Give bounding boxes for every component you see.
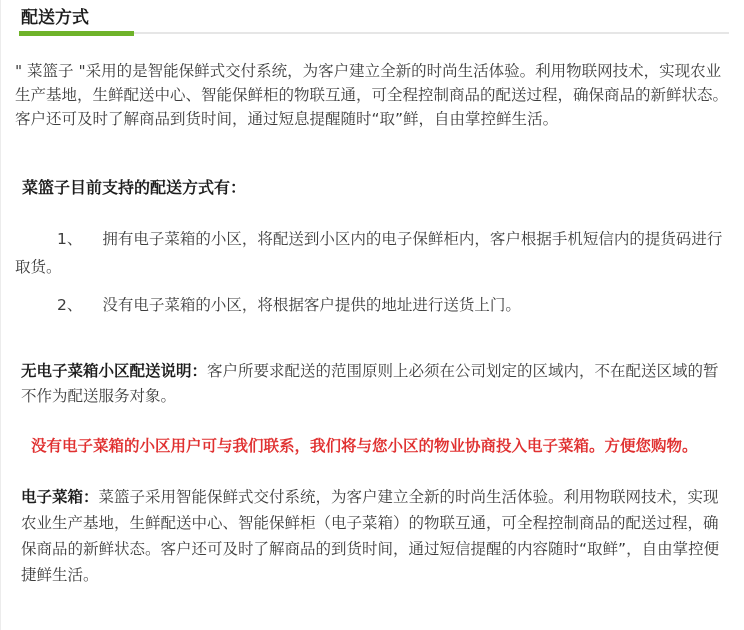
methods-heading: 菜篮子目前支持的配送方式有： [22, 177, 729, 199]
ebox-description-label: 电子菜箱： [21, 488, 99, 506]
method-item-1-text: 拥有电子菜箱的小区，将配送到小区内的电子保鲜柜内，客户根据手机短信内的提货码进行… [15, 230, 722, 276]
page-title: 配送方式 [21, 8, 729, 29]
intro-paragraph: " 菜篮子 "采用的是智能保鲜式交付系统，为客户建立全新的时尚生活体验。利用物联… [15, 59, 729, 131]
title-underline [15, 31, 729, 36]
method-item-1-number: 1、 [57, 230, 82, 248]
ebox-description: 电子菜箱：菜篮子采用智能保鲜式交付系统，为客户建立全新的时尚生活体验。利用物联网… [21, 484, 729, 588]
ebox-description-text: 菜篮子采用智能保鲜式交付系统，为客户建立全新的时尚生活体验。利用物联网技术，实现… [21, 488, 719, 584]
method-item-1: 1、拥有电子菜箱的小区，将配送到小区内的电子保鲜柜内，客户根据手机短信内的提货码… [15, 225, 729, 281]
contact-notice: 没有电子菜箱的小区用户可与我们联系，我们将与您小区的物业协商投入电子菜箱。方便您… [31, 434, 729, 458]
no-ebox-note-label: 无电子菜箱小区配送说明： [21, 362, 207, 380]
method-item-2-text: 没有电子菜箱的小区，将根据客户提供的地址进行送货上门。 [102, 296, 521, 314]
method-item-2-number: 2、 [57, 296, 82, 314]
delivery-info-page: 配送方式 " 菜篮子 "采用的是智能保鲜式交付系统，为客户建立全新的时尚生活体验… [1, 0, 744, 588]
no-ebox-note: 无电子菜箱小区配送说明：客户所要求配送的范围原则上必须在公司划定的区域内，不在配… [21, 359, 729, 409]
method-item-2: 2、没有电子菜箱的小区，将根据客户提供的地址进行送货上门。 [15, 291, 729, 319]
title-underline-accent [19, 31, 134, 36]
